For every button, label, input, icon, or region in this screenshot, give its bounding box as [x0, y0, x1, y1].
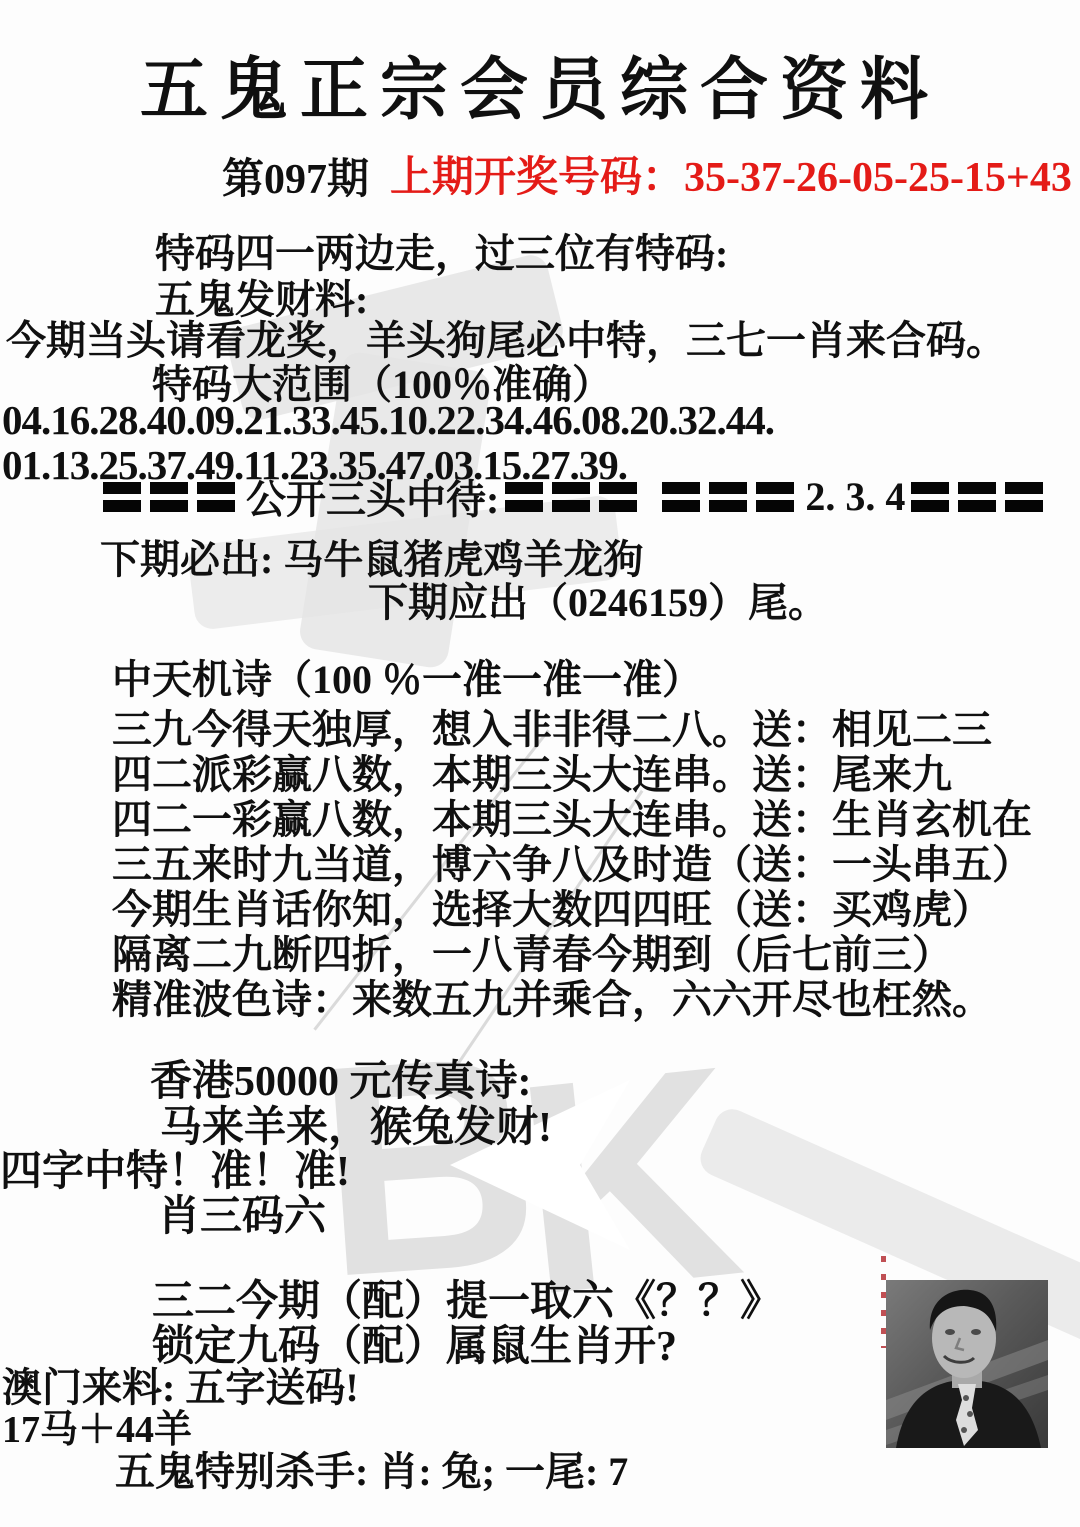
three-heads-label: 公开三头中待:: [246, 468, 499, 525]
hexagram-bar: [911, 482, 949, 512]
flyer-page: B K 五鬼正宗会员综合资料 第097期 上期开奖号码：35-37-26-05-…: [0, 0, 1080, 1527]
fax-line-3: 肖三码六: [158, 1183, 326, 1243]
issue-number: 第097期: [222, 146, 369, 206]
hexagram-bar: [756, 482, 794, 512]
next-should-line: 下期应出（0246159）尾。: [368, 571, 828, 628]
hexagram-bar: [599, 482, 637, 512]
hexagram-bar: [150, 482, 188, 512]
hexagram-bar: [197, 482, 235, 512]
page-title: 五鬼正宗会员综合资料: [140, 36, 940, 133]
killer-line: 五鬼特别杀手: 肖: 兔; 一尾: 7: [115, 1440, 628, 1497]
poem-title: 中天机诗（100 ％一准一准一准）: [112, 648, 702, 705]
hexagram-bar: [1005, 482, 1043, 512]
portrait-illustration: [886, 1280, 1048, 1448]
hexagram-bar: [103, 482, 141, 512]
previous-draw-numbers: 上期开奖号码：35-37-26-05-25-15+43: [390, 144, 1072, 204]
hexagram-bar: [662, 482, 700, 512]
man-portrait-photo: [886, 1280, 1048, 1448]
three-heads-value: 2. 3. 4: [805, 473, 905, 520]
three-heads-row: 公开三头中待: 2. 3. 4: [103, 468, 1043, 525]
red-edge-marks: [881, 1256, 886, 1348]
hexagram-bar: [552, 482, 590, 512]
hexagram-bar: [505, 482, 543, 512]
hexagram-bar: [709, 482, 747, 512]
hexagram-bar: [958, 482, 996, 512]
range-numbers-row1: 04.16.28.40.09.21.33.45.10.22.34.46.08.2…: [2, 396, 774, 444]
poem-wave-line: 精准波色诗：来数五九并乘合，六六开尽也枉然。: [112, 968, 992, 1025]
